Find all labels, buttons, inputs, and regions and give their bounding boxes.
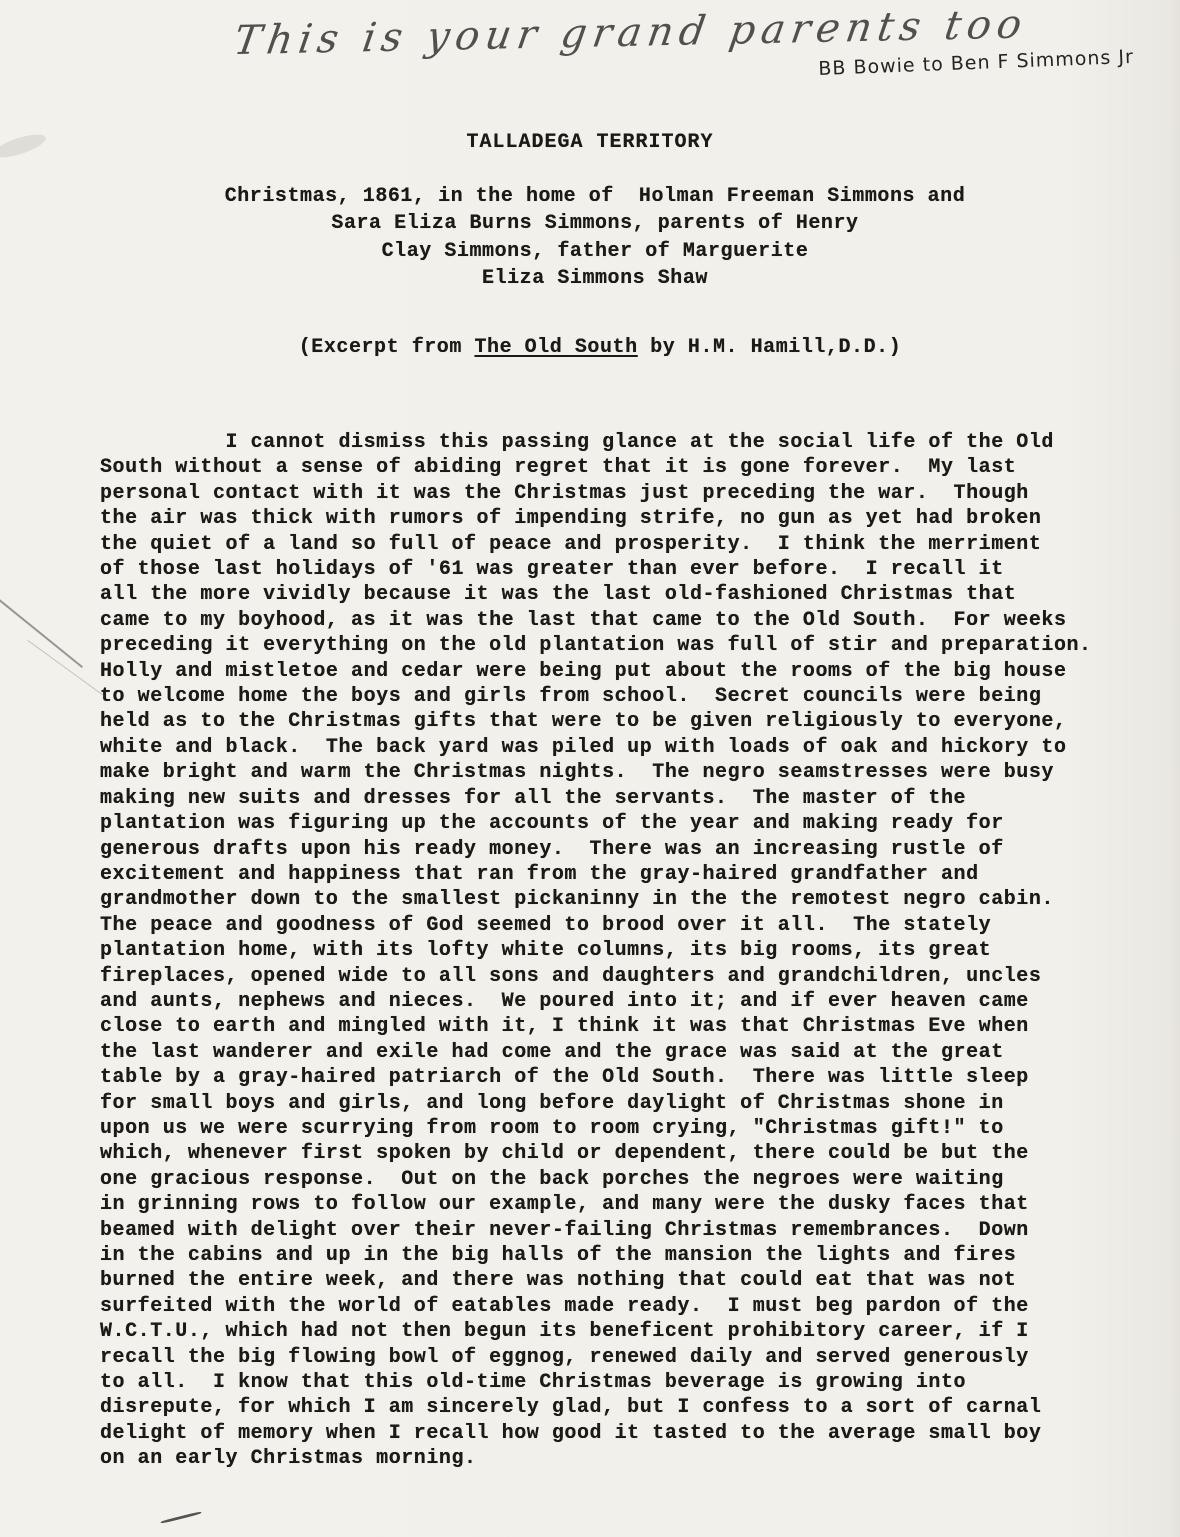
text-line: white and black. The back yard was piled… <box>100 735 1110 760</box>
text-line: of those last holidays of '61 was greate… <box>100 557 1110 582</box>
text-line: and aunts, nephews and nieces. We poured… <box>100 989 1110 1014</box>
text-line: make bright and warm the Christmas night… <box>100 760 1110 785</box>
text-line: surfeited with the world of eatables mad… <box>100 1294 1110 1319</box>
pencil-mark <box>27 640 104 697</box>
text-line: excitement and happiness that ran from t… <box>100 862 1110 887</box>
pencil-mark <box>0 596 83 668</box>
text-line: to all. I know that this old-time Christ… <box>100 1370 1110 1395</box>
text-line: Holly and mistletoe and cedar were being… <box>100 659 1110 684</box>
text-line: the air was thick with rumors of impendi… <box>100 506 1110 531</box>
text-line: I cannot dismiss this passing glance at … <box>100 430 1110 455</box>
text-line: held as to the Christmas gifts that were… <box>100 709 1110 734</box>
text-line: the quiet of a land so full of peace and… <box>100 532 1110 557</box>
text-line: came to my boyhood, as it was the last t… <box>100 608 1110 633</box>
text-line: Clay Simmons, father of Marguerite <box>100 238 1090 265</box>
text-line: W.C.T.U., which had not then begun its b… <box>100 1319 1110 1344</box>
text-line: Eliza Simmons Shaw <box>100 265 1090 292</box>
document-page: This is your grand parents too BB Bowie … <box>0 0 1180 1537</box>
text-line: for small boys and girls, and long befor… <box>100 1091 1110 1116</box>
excerpt-citation: (Excerpt from The Old South by H.M. Hami… <box>100 336 1100 359</box>
document-subtitle: Christmas, 1861, in the home of Holman F… <box>100 183 1090 293</box>
excerpt-book-title: The Old South <box>474 336 637 359</box>
text-line: Sara Eliza Burns Simmons, parents of Hen… <box>100 210 1090 237</box>
text-line: the last wanderer and exile had come and… <box>100 1040 1110 1065</box>
text-line: delight of memory when I recall how good… <box>100 1421 1110 1446</box>
text-line: fireplaces, opened wide to all sons and … <box>100 964 1110 989</box>
text-line: preceding it everything on the old plant… <box>100 633 1110 658</box>
text-line: plantation home, with its lofty white co… <box>100 938 1110 963</box>
text-line: which, whenever first spoken by child or… <box>100 1141 1110 1166</box>
text-line: in the cabins and up in the big halls of… <box>100 1243 1110 1268</box>
text-line: making new suits and dresses for all the… <box>100 786 1110 811</box>
text-line: plantation was figuring up the accounts … <box>100 811 1110 836</box>
pen-mark <box>160 1511 201 1524</box>
text-line: close to earth and mingled with it, I th… <box>100 1014 1110 1039</box>
excerpt-prefix: (Excerpt from <box>299 336 475 359</box>
body-text: I cannot dismiss this passing glance at … <box>100 430 1110 1472</box>
handwritten-attribution: BB Bowie to Ben F Simmons Jr <box>818 46 1134 80</box>
text-line: beamed with delight over their never-fai… <box>100 1218 1110 1243</box>
text-line: all the more vividly because it was the … <box>100 582 1110 607</box>
text-line: Christmas, 1861, in the home of Holman F… <box>100 183 1090 210</box>
text-line: The peace and goodness of God seemed to … <box>100 913 1110 938</box>
text-line: to welcome home the boys and girls from … <box>100 684 1110 709</box>
scan-smudge-mark <box>0 130 48 162</box>
excerpt-suffix: by H.M. Hamill,D.D.) <box>638 336 902 359</box>
text-line: grandmother down to the smallest pickani… <box>100 887 1110 912</box>
text-line: personal contact with it was the Christm… <box>100 481 1110 506</box>
text-line: one gracious response. Out on the back p… <box>100 1167 1110 1192</box>
text-line: in grinning rows to follow our example, … <box>100 1192 1110 1217</box>
text-line: South without a sense of abiding regret … <box>100 455 1110 480</box>
text-line: table by a gray-haired patriarch of the … <box>100 1065 1110 1090</box>
text-line: upon us we were scurrying from room to r… <box>100 1116 1110 1141</box>
text-line: disrepute, for which I am sincerely glad… <box>100 1395 1110 1420</box>
text-line: burned the entire week, and there was no… <box>100 1268 1110 1293</box>
text-line: on an early Christmas morning. <box>100 1446 1110 1471</box>
page-title: TALLADEGA TERRITORY <box>100 131 1080 154</box>
text-line: generous drafts upon his ready money. Th… <box>100 837 1110 862</box>
text-line: recall the big flowing bowl of eggnog, r… <box>100 1345 1110 1370</box>
